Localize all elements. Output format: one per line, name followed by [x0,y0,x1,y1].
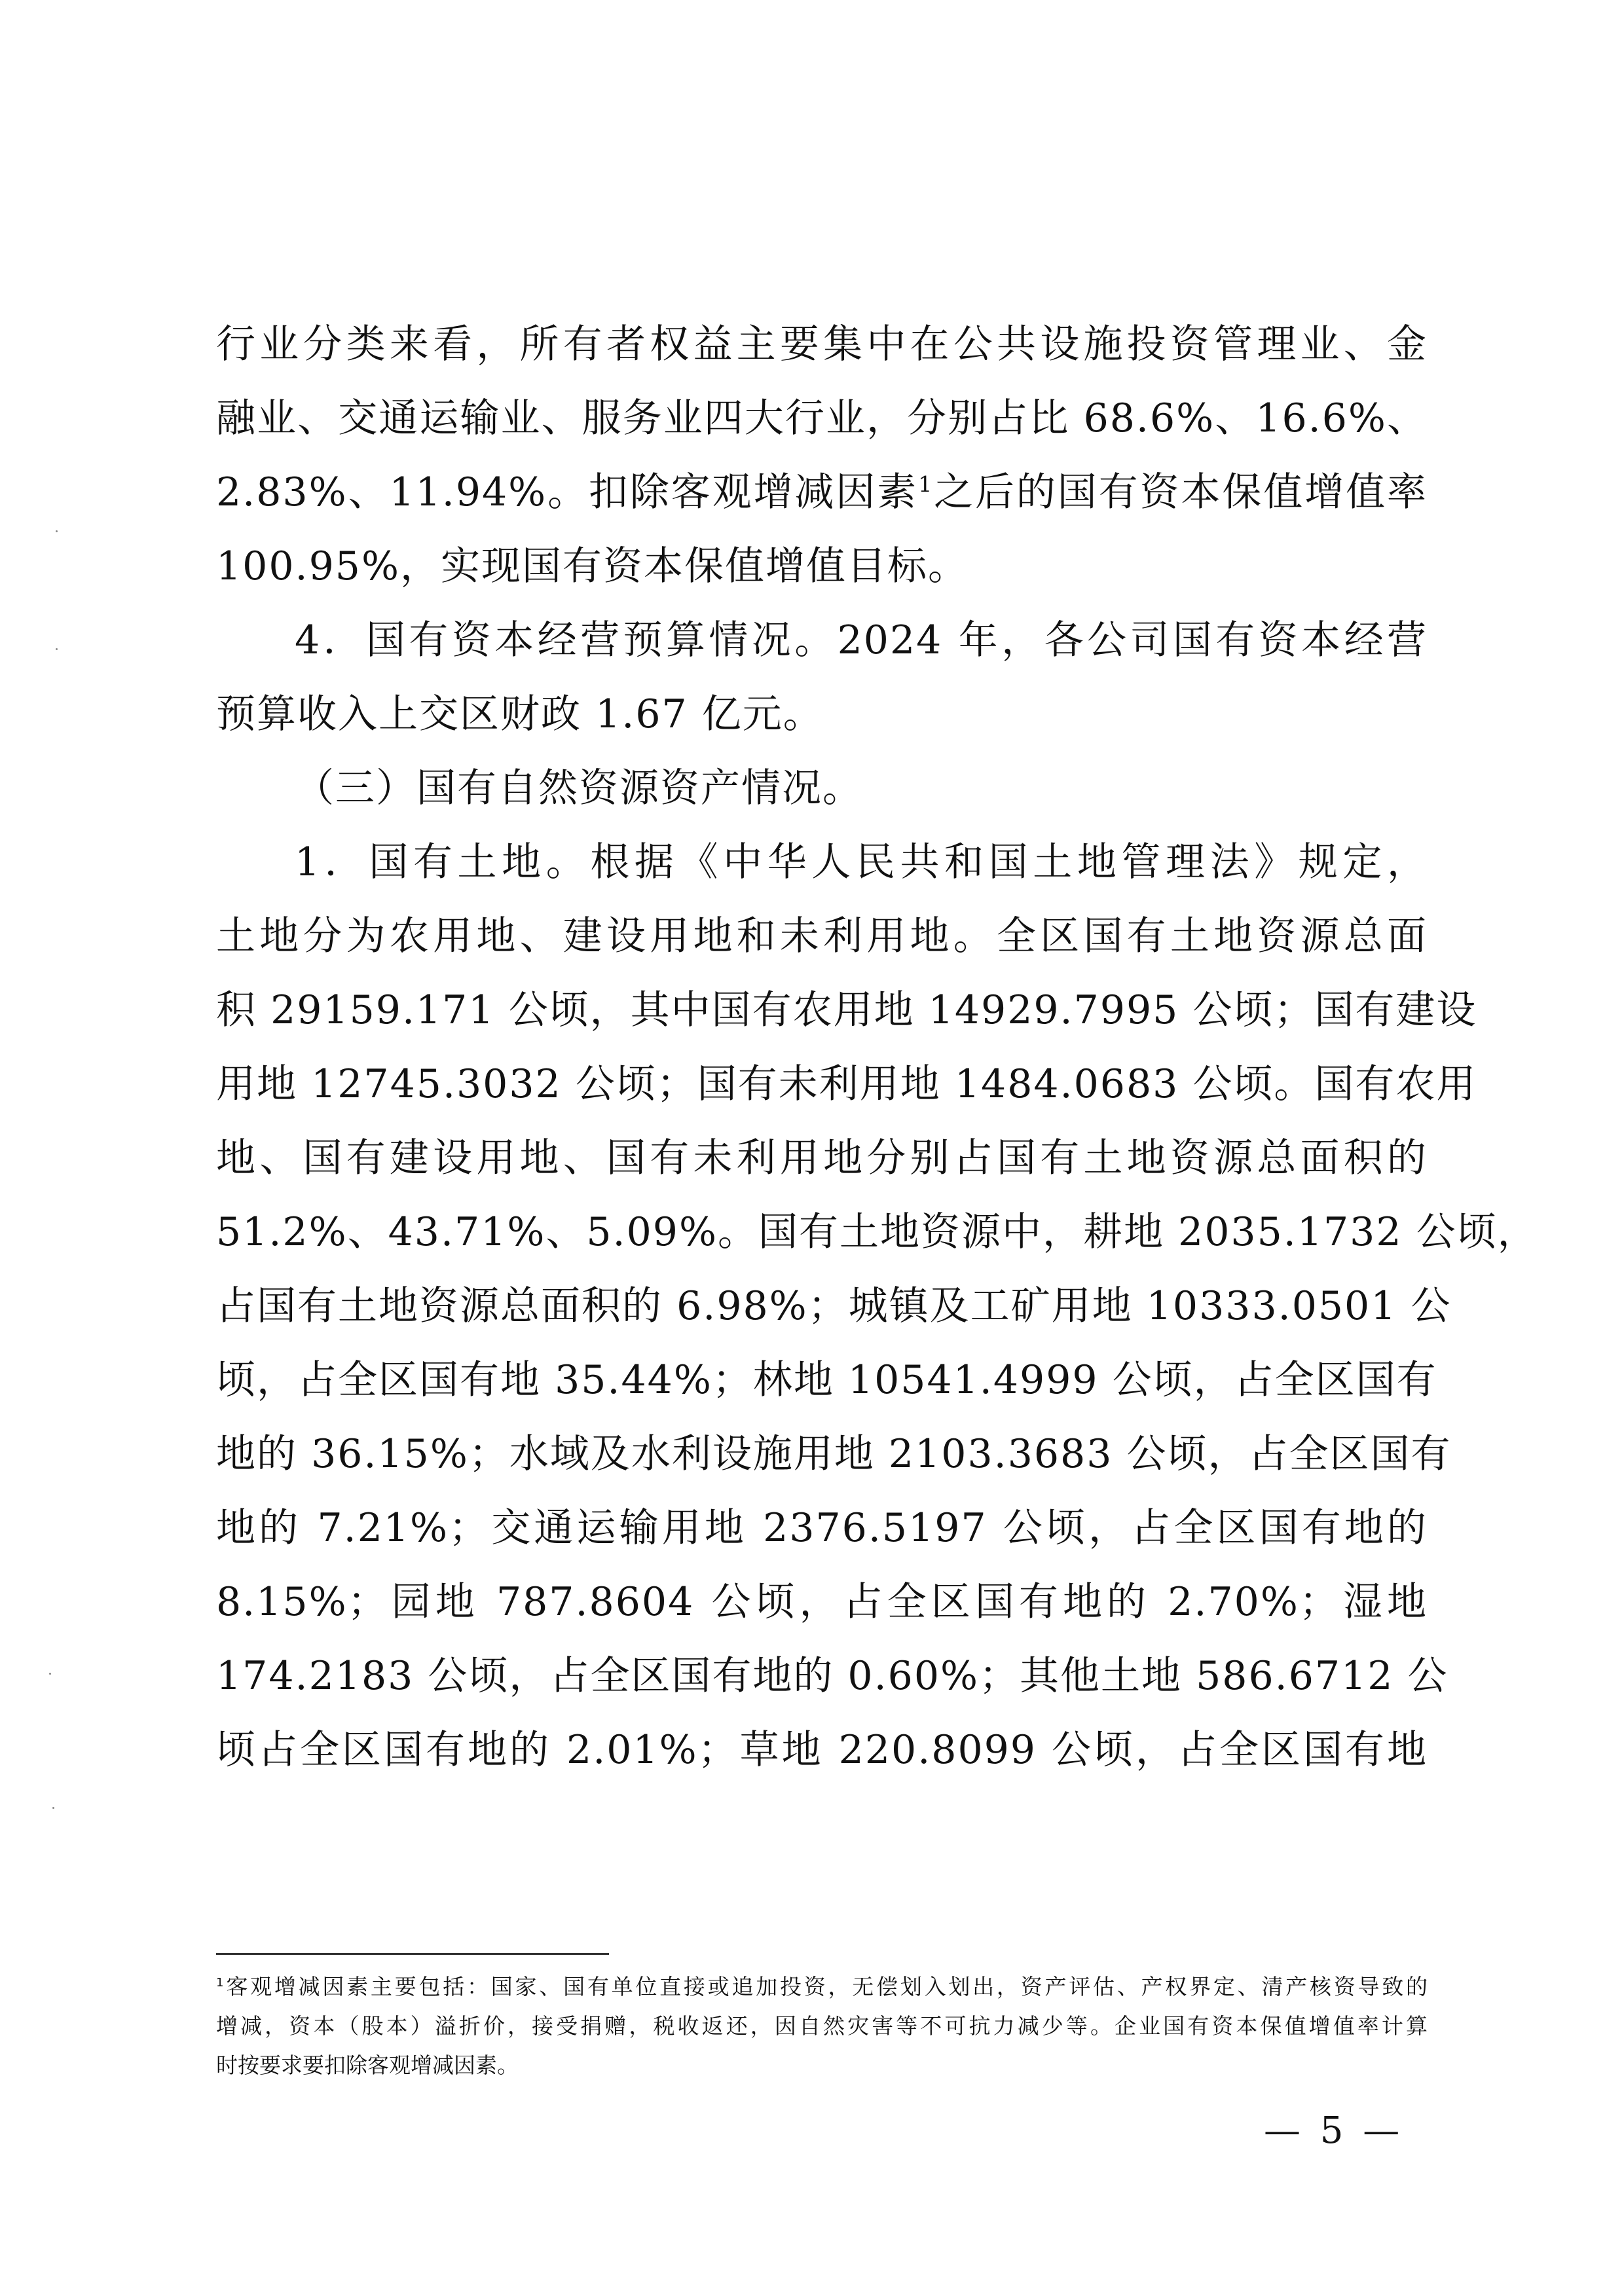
footnote-block: 1客观增减因素主要包括：国家、国有单位直接或追加投资，无偿划入划出，资产评估、产… [216,1967,1428,2085]
scan-speck [52,1807,54,1809]
section-heading-budget: 4．国有资本经营预算情况。2024 年，各公司国有资本经营 [216,604,1428,678]
paragraph-line: 地的 36.15%；水域及水利设施用地 2103.3683 公顷，占全区国有 [216,1417,1428,1491]
text-segment: 之后的国有资本保值增值率 [933,469,1428,515]
paragraph-line: 占国有土地资源总面积的 6.98%；城镇及工矿用地 10333.0501 公 [216,1269,1428,1343]
body-text: 行业分类来看，所有者权益主要集中在公共设施投资管理业、金 融业、交通运输业、服务… [216,308,1428,1787]
section-heading-natural-resources: （三）国有自然资源资产情况。 [216,752,1428,826]
paragraph-line: 顷占全区国有地的 2.01%；草地 220.8099 公顷，占全区国有地 [216,1713,1428,1787]
section-heading-state-land: 1．国有土地。根据《中华人民共和国土地管理法》规定， [216,826,1428,900]
footnote-text: 客观增减因素主要包括：国家、国有单位直接或追加投资，无偿划入划出，资产评估、产权… [224,1974,1428,1999]
document-page: 行业分类来看，所有者权益主要集中在公共设施投资管理业、金 融业、交通运输业、服务… [0,0,1624,2296]
footnote-separator [216,1953,609,1955]
paragraph-line: 8.15%；园地 787.8604 公顷，占全区国有地的 2.70%；湿地 [216,1565,1428,1639]
scan-speck [56,530,58,532]
paragraph-line: 地、国有建设用地、国有未利用地分别占国有土地资源总面积的 [216,1121,1428,1195]
text-segment: 2.83%、11.94%。扣除客观增减因素 [216,469,918,515]
paragraph-line: 土地分为农用地、建设用地和未利用地。全区国有土地资源总面 [216,900,1428,974]
paragraph-line: 174.2183 公顷，占全区国有地的 0.60%；其他土地 586.6712 … [216,1639,1428,1713]
paragraph-line: 地的 7.21%；交通运输用地 2376.5197 公顷，占全区国有地的 [216,1491,1428,1565]
page-number: — 5 — [1264,2111,1403,2151]
paragraph-line: 51.2%、43.71%、5.09%。国有土地资源中，耕地 2035.1732 … [216,1195,1428,1269]
paragraph-line: 顷，占全区国有地 35.44%；林地 10541.4999 公顷，占全区国有 [216,1343,1428,1417]
footnote-marker: 1 [216,1976,224,1990]
scan-speck [49,1673,51,1675]
paragraph-line: 积 29159.171 公顷，其中国有农用地 14929.7995 公顷；国有建… [216,974,1428,1048]
footnote-line: 增减，资本（股本）溢折价，接受捐赠，税收返还，因自然灾害等不可抗力减少等。企业国… [216,2007,1428,2046]
footnote-reference[interactable]: 1 [918,471,933,497]
paragraph-line: 融业、交通运输业、服务业四大行业，分别占比 68.6%、16.6%、 [216,382,1428,456]
paragraph-line: 用地 12745.3032 公顷；国有未利用地 1484.0683 公顷。国有农… [216,1048,1428,1121]
paragraph-line: 100.95%，实现国有资本保值增值目标。 [216,530,1428,604]
paragraph-line: 预算收入上交区财政 1.67 亿元。 [216,678,1428,752]
paragraph-line: 行业分类来看，所有者权益主要集中在公共设施投资管理业、金 [216,308,1428,382]
footnote-line: 1客观增减因素主要包括：国家、国有单位直接或追加投资，无偿划入划出，资产评估、产… [216,1967,1428,2007]
paragraph-line-with-footnote-ref: 2.83%、11.94%。扣除客观增减因素1之后的国有资本保值增值率 [216,456,1428,530]
footnote-line: 时按要求要扣除客观增减因素。 [216,2046,1428,2085]
scan-speck [56,648,58,650]
